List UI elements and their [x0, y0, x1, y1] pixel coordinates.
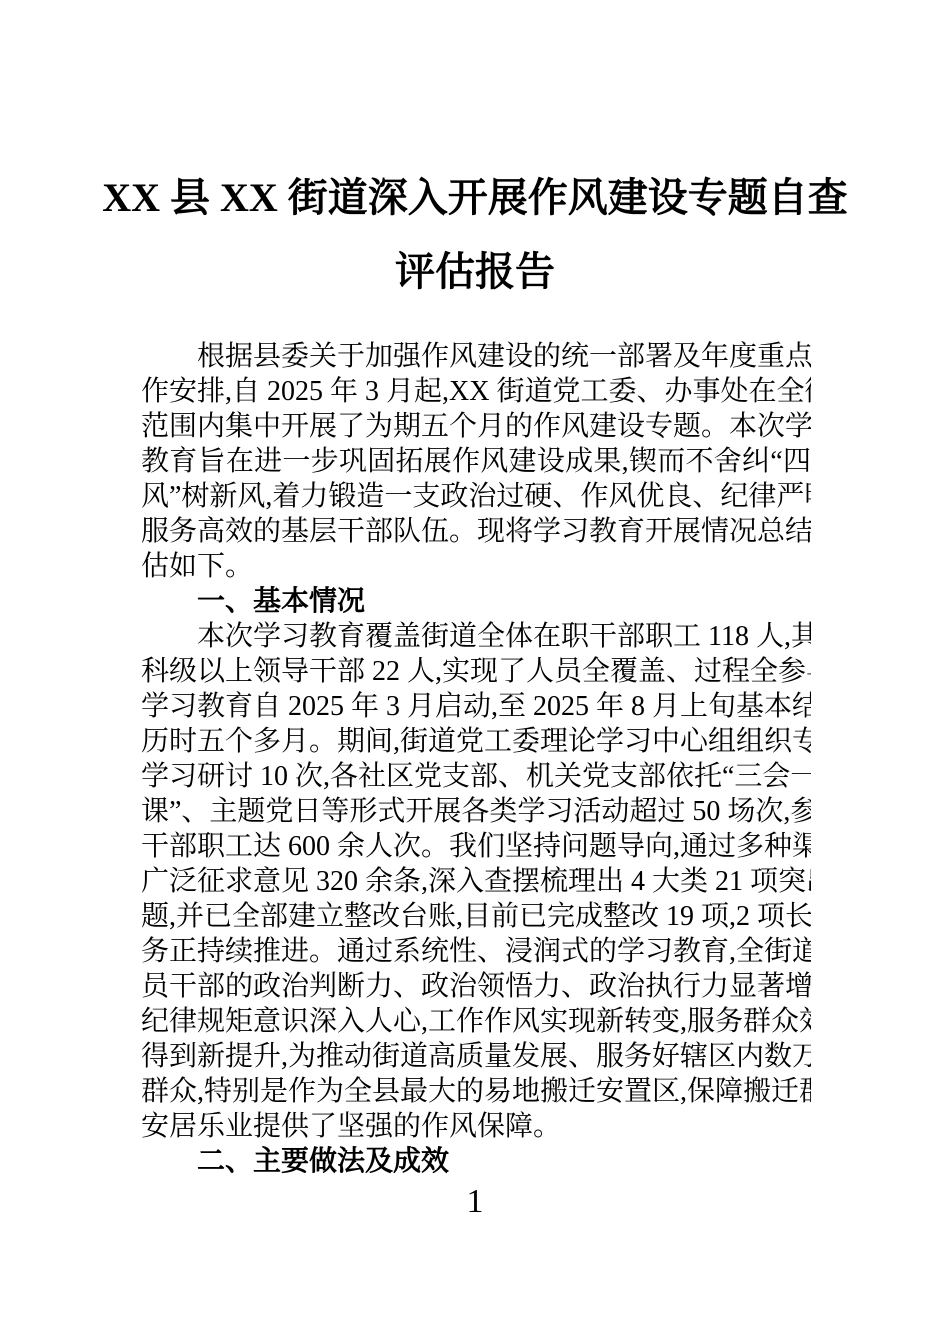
- paragraph-line: 群众,特别是作为全县最大的易地搬迁安置区,保障搬迁群众: [141, 1074, 811, 1109]
- document-title-line-2: 评估报告: [0, 235, 950, 309]
- paragraph-line: 课”、主题党日等形式开展各类学习活动超过 50 场次,参与: [141, 794, 811, 829]
- paragraph-line: 科级以上领导干部 22 人,实现了人员全覆盖、过程全参与。: [141, 654, 811, 689]
- paragraph-line: 学习研讨 10 次,各社区党支部、机关党支部依托“三会一: [141, 759, 811, 794]
- paragraph-line: 根据县委关于加强作风建设的统一部署及年度重点工: [141, 339, 811, 374]
- paragraph-line: 干部职工达 600 余人次。我们坚持问题导向,通过多种渠道: [141, 829, 811, 864]
- paragraph-line: 题,并已全部建立整改台账,目前已完成整改 19 项,2 项长期任: [141, 899, 811, 934]
- paragraph-line: 务正持续推进。通过系统性、浸润式的学习教育,全街道党: [141, 934, 811, 969]
- section-heading-2: 二、主要做法及成效: [141, 1144, 811, 1179]
- paragraph-line: 范围内集中开展了为期五个月的作风建设专题。本次学习: [141, 409, 811, 444]
- paragraph-line: 历时五个多月。期间,街道党工委理论学习中心组组织专题: [141, 724, 811, 759]
- paragraph-line: 估如下。: [141, 549, 811, 584]
- page-number: 1: [0, 1184, 950, 1220]
- paragraph-line: 员干部的政治判断力、政治领悟力、政治执行力显著增强,: [141, 969, 811, 1004]
- section-heading-1: 一、基本情况: [141, 584, 811, 619]
- paragraph-line: 得到新提升,为推动街道高质量发展、服务好辖区内数万名: [141, 1039, 811, 1074]
- paragraph-line: 教育旨在进一步巩固拓展作风建设成果,锲而不舍纠“四: [141, 444, 811, 479]
- document-title-line-1: XX 县 XX 街道深入开展作风建设专题自查: [0, 161, 950, 235]
- document-body: 根据县委关于加强作风建设的统一部署及年度重点工 作安排,自 2025 年 3 月…: [141, 339, 811, 1179]
- paragraph-line: 学习教育自 2025 年 3 月启动,至 2025 年 8 月上旬基本结束,: [141, 689, 811, 724]
- paragraph-line: 纪律规矩意识深入人心,工作作风实现新转变,服务群众效能: [141, 1004, 811, 1039]
- paragraph-line: 服务高效的基层干部队伍。现将学习教育开展情况总结评: [141, 514, 811, 549]
- paragraph-line: 广泛征求意见 320 余条,深入查摆梳理出 4 大类 21 项突出问: [141, 864, 811, 899]
- paragraph-line: 作安排,自 2025 年 3 月起,XX 街道党工委、办事处在全街道: [141, 374, 811, 409]
- paragraph-line: 本次学习教育覆盖街道全体在职干部职工 118 人,其中: [141, 619, 811, 654]
- paragraph-line: 风”树新风,着力锻造一支政治过硬、作风优良、纪律严明、: [141, 479, 811, 514]
- paragraph-line: 安居乐业提供了坚强的作风保障。: [141, 1109, 811, 1144]
- document-page: XX 县 XX 街道深入开展作风建设专题自查 评估报告 根据县委关于加强作风建设…: [0, 0, 950, 1344]
- document-title: XX 县 XX 街道深入开展作风建设专题自查 评估报告: [0, 0, 950, 309]
